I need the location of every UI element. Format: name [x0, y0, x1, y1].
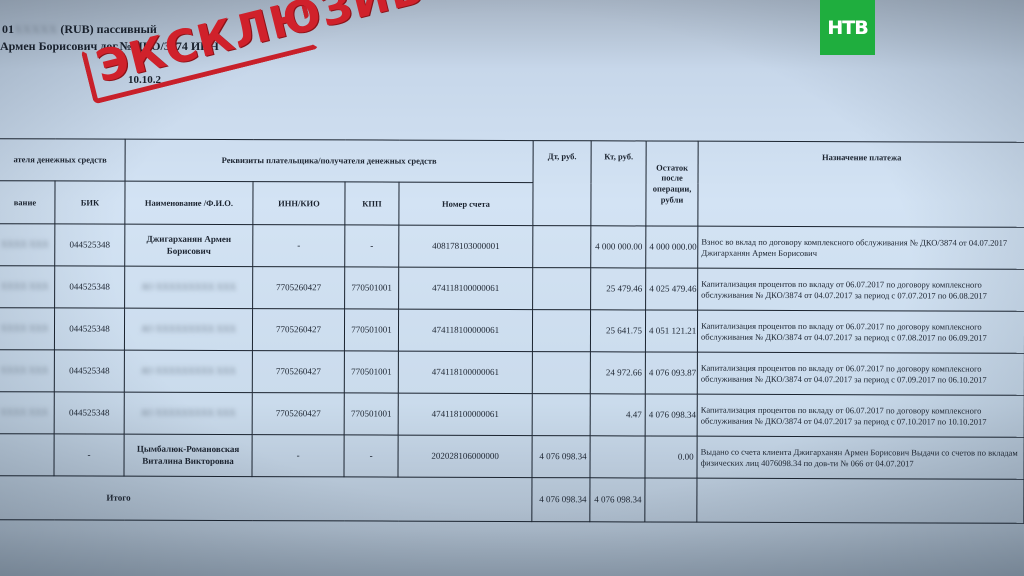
cell-name: АО XXXXXXXXX XXX	[125, 266, 253, 308]
cell-kpp: 770501001	[344, 351, 398, 393]
cell-bank-name: XXXX XXX	[0, 266, 55, 308]
cell-purpose: Капитализация процентов по вкладу от 06.…	[697, 394, 1024, 437]
ntv-logo-icon: НТВ	[820, 0, 875, 55]
account-number-redacted: XXXXX	[14, 22, 57, 36]
total-credit: 4 076 098.34	[590, 478, 645, 522]
header-kpp: КПП	[345, 182, 399, 225]
cell-purpose: Взнос во вклад по договору комплексного …	[698, 226, 1024, 269]
table-row: XXXX XXX044525348АО XXXXXXXXX XXX7705260…	[0, 266, 1024, 312]
cell-credit: 4 000 000.00	[591, 226, 646, 268]
cell-inn: 7705260427	[252, 309, 344, 351]
cell-balance: 4 051 121.21	[645, 310, 697, 352]
cell-account: 474118100000061	[398, 309, 532, 351]
header-bik: БИК	[55, 181, 125, 224]
cell-bik: 044525348	[55, 224, 125, 266]
cell-debit	[532, 310, 590, 352]
cell-balance: 4 025 479.46	[646, 268, 698, 310]
cell-inn: -	[253, 225, 345, 267]
cell-name: АО XXXXXXXXX XXX	[124, 392, 252, 434]
header-balance: Остаток после операции, рубли	[646, 141, 698, 226]
cell-credit: 4.47	[590, 394, 645, 436]
total-purpose-empty	[697, 478, 1024, 523]
statement-rows: XXXX XXX044525348Джигарханян Армен Борис…	[0, 224, 1024, 480]
cell-bank-name: XXXX XXX	[0, 224, 55, 266]
cell-kpp: 770501001	[345, 267, 399, 309]
table-row: XXXX XXX044525348Джигарханян Армен Борис…	[0, 224, 1024, 270]
cell-bank-name: XXXX XXX	[0, 392, 54, 434]
total-row: Итого 4 076 098.34 4 076 098.34	[0, 476, 1024, 524]
cell-bik: 044525348	[54, 392, 124, 434]
cell-purpose: Капитализация процентов по вкладу от 06.…	[698, 268, 1024, 311]
header-account: Номер счета	[399, 182, 533, 225]
cell-bik: 044525348	[55, 266, 125, 308]
exclusive-stamp: ЭКСКЛЮЗИВ	[74, 0, 321, 120]
cell-bank-name: XXXX XXX	[0, 308, 55, 350]
cell-account: 408178103000001	[399, 225, 533, 267]
cell-debit	[532, 394, 590, 436]
table-row: -Цымбалюк-Романовская Виталина Викторовн…	[0, 434, 1024, 480]
table-row: XXXX XXX044525348АО XXXXXXXXX XXX7705260…	[0, 308, 1024, 354]
cell-credit: 25 479.46	[591, 268, 646, 310]
cell-inn: 7705260427	[253, 267, 345, 309]
cell-name: Цымбалюк-Романовская Виталина Викторовна	[124, 434, 252, 476]
cell-kpp: -	[345, 225, 399, 267]
header-payer-details: Реквизиты плательщика/получателя денежны…	[125, 139, 533, 182]
total-debit: 4 076 098.34	[532, 478, 590, 522]
header-credit: Кт, руб.	[591, 141, 646, 226]
cell-account: 474118100000061	[398, 393, 532, 435]
stamp-text: ЭКСКЛЮЗИВ	[91, 0, 429, 93]
cell-name: Джигарханян Армен Борисович	[125, 224, 253, 266]
cell-name: АО XXXXXXXXX XXX	[124, 350, 252, 392]
cell-credit: 25 641.75	[590, 310, 645, 352]
cell-name: АО XXXXXXXXX XXX	[124, 308, 252, 350]
table-row: XXXX XXX044525348АО XXXXXXXXX XXX7705260…	[0, 392, 1024, 438]
cell-balance: 4 076 093.87	[645, 352, 697, 394]
header-name: Наименование /Ф.И.О.	[125, 181, 253, 224]
cell-account: 474118100000061	[399, 267, 533, 309]
cell-account: 474118100000061	[398, 351, 532, 393]
cell-debit	[533, 226, 591, 268]
cell-kpp: -	[344, 435, 398, 477]
cell-credit: 24 972.66	[590, 352, 645, 394]
cell-bik: 044525348	[54, 308, 124, 350]
cell-purpose: Выдано со счета клиента Джигарханян Арме…	[697, 436, 1024, 479]
cell-purpose: Капитализация процентов по вкладу от 06.…	[697, 310, 1024, 353]
cell-debit	[532, 352, 590, 394]
account-number-prefix: 01	[2, 22, 14, 36]
header-purpose: Назначение платежа	[698, 141, 1024, 227]
header-debit: Дт, руб.	[533, 141, 591, 226]
cell-bank-name	[0, 434, 54, 476]
cell-bank-name: XXXX XXX	[0, 350, 54, 392]
cell-balance: 0.00	[645, 436, 697, 478]
cell-balance: 4 000 000.00	[646, 226, 698, 268]
cell-purpose: Капитализация процентов по вкладу от 06.…	[697, 352, 1024, 395]
table-row: XXXX XXX044525348АО XXXXXXXXX XXX7705260…	[0, 350, 1024, 396]
cell-inn: -	[252, 435, 344, 477]
account-statement-table: ателя денежных средств Реквизиты платель…	[0, 138, 1024, 524]
cell-debit: 4 076 098.34	[532, 436, 590, 478]
total-label: Итого	[0, 476, 532, 522]
cell-kpp: 770501001	[344, 393, 398, 435]
cell-balance: 4 076 098.34	[645, 394, 697, 436]
cell-inn: 7705260427	[252, 351, 344, 393]
header-bank-name: вание	[0, 181, 55, 224]
header-payer-bank: ателя денежных средств	[0, 139, 125, 181]
cell-bik: 044525348	[54, 350, 124, 392]
cell-account: 202028106000000	[398, 435, 532, 477]
header-inn: ИНН/КИО	[253, 182, 345, 225]
cell-bik: -	[54, 434, 124, 476]
cell-debit	[533, 268, 591, 310]
logo-text: НТВ	[827, 17, 867, 39]
cell-credit	[590, 436, 645, 478]
cell-inn: 7705260427	[252, 393, 344, 435]
total-balance-empty	[645, 478, 697, 522]
cell-kpp: 770501001	[344, 309, 398, 351]
